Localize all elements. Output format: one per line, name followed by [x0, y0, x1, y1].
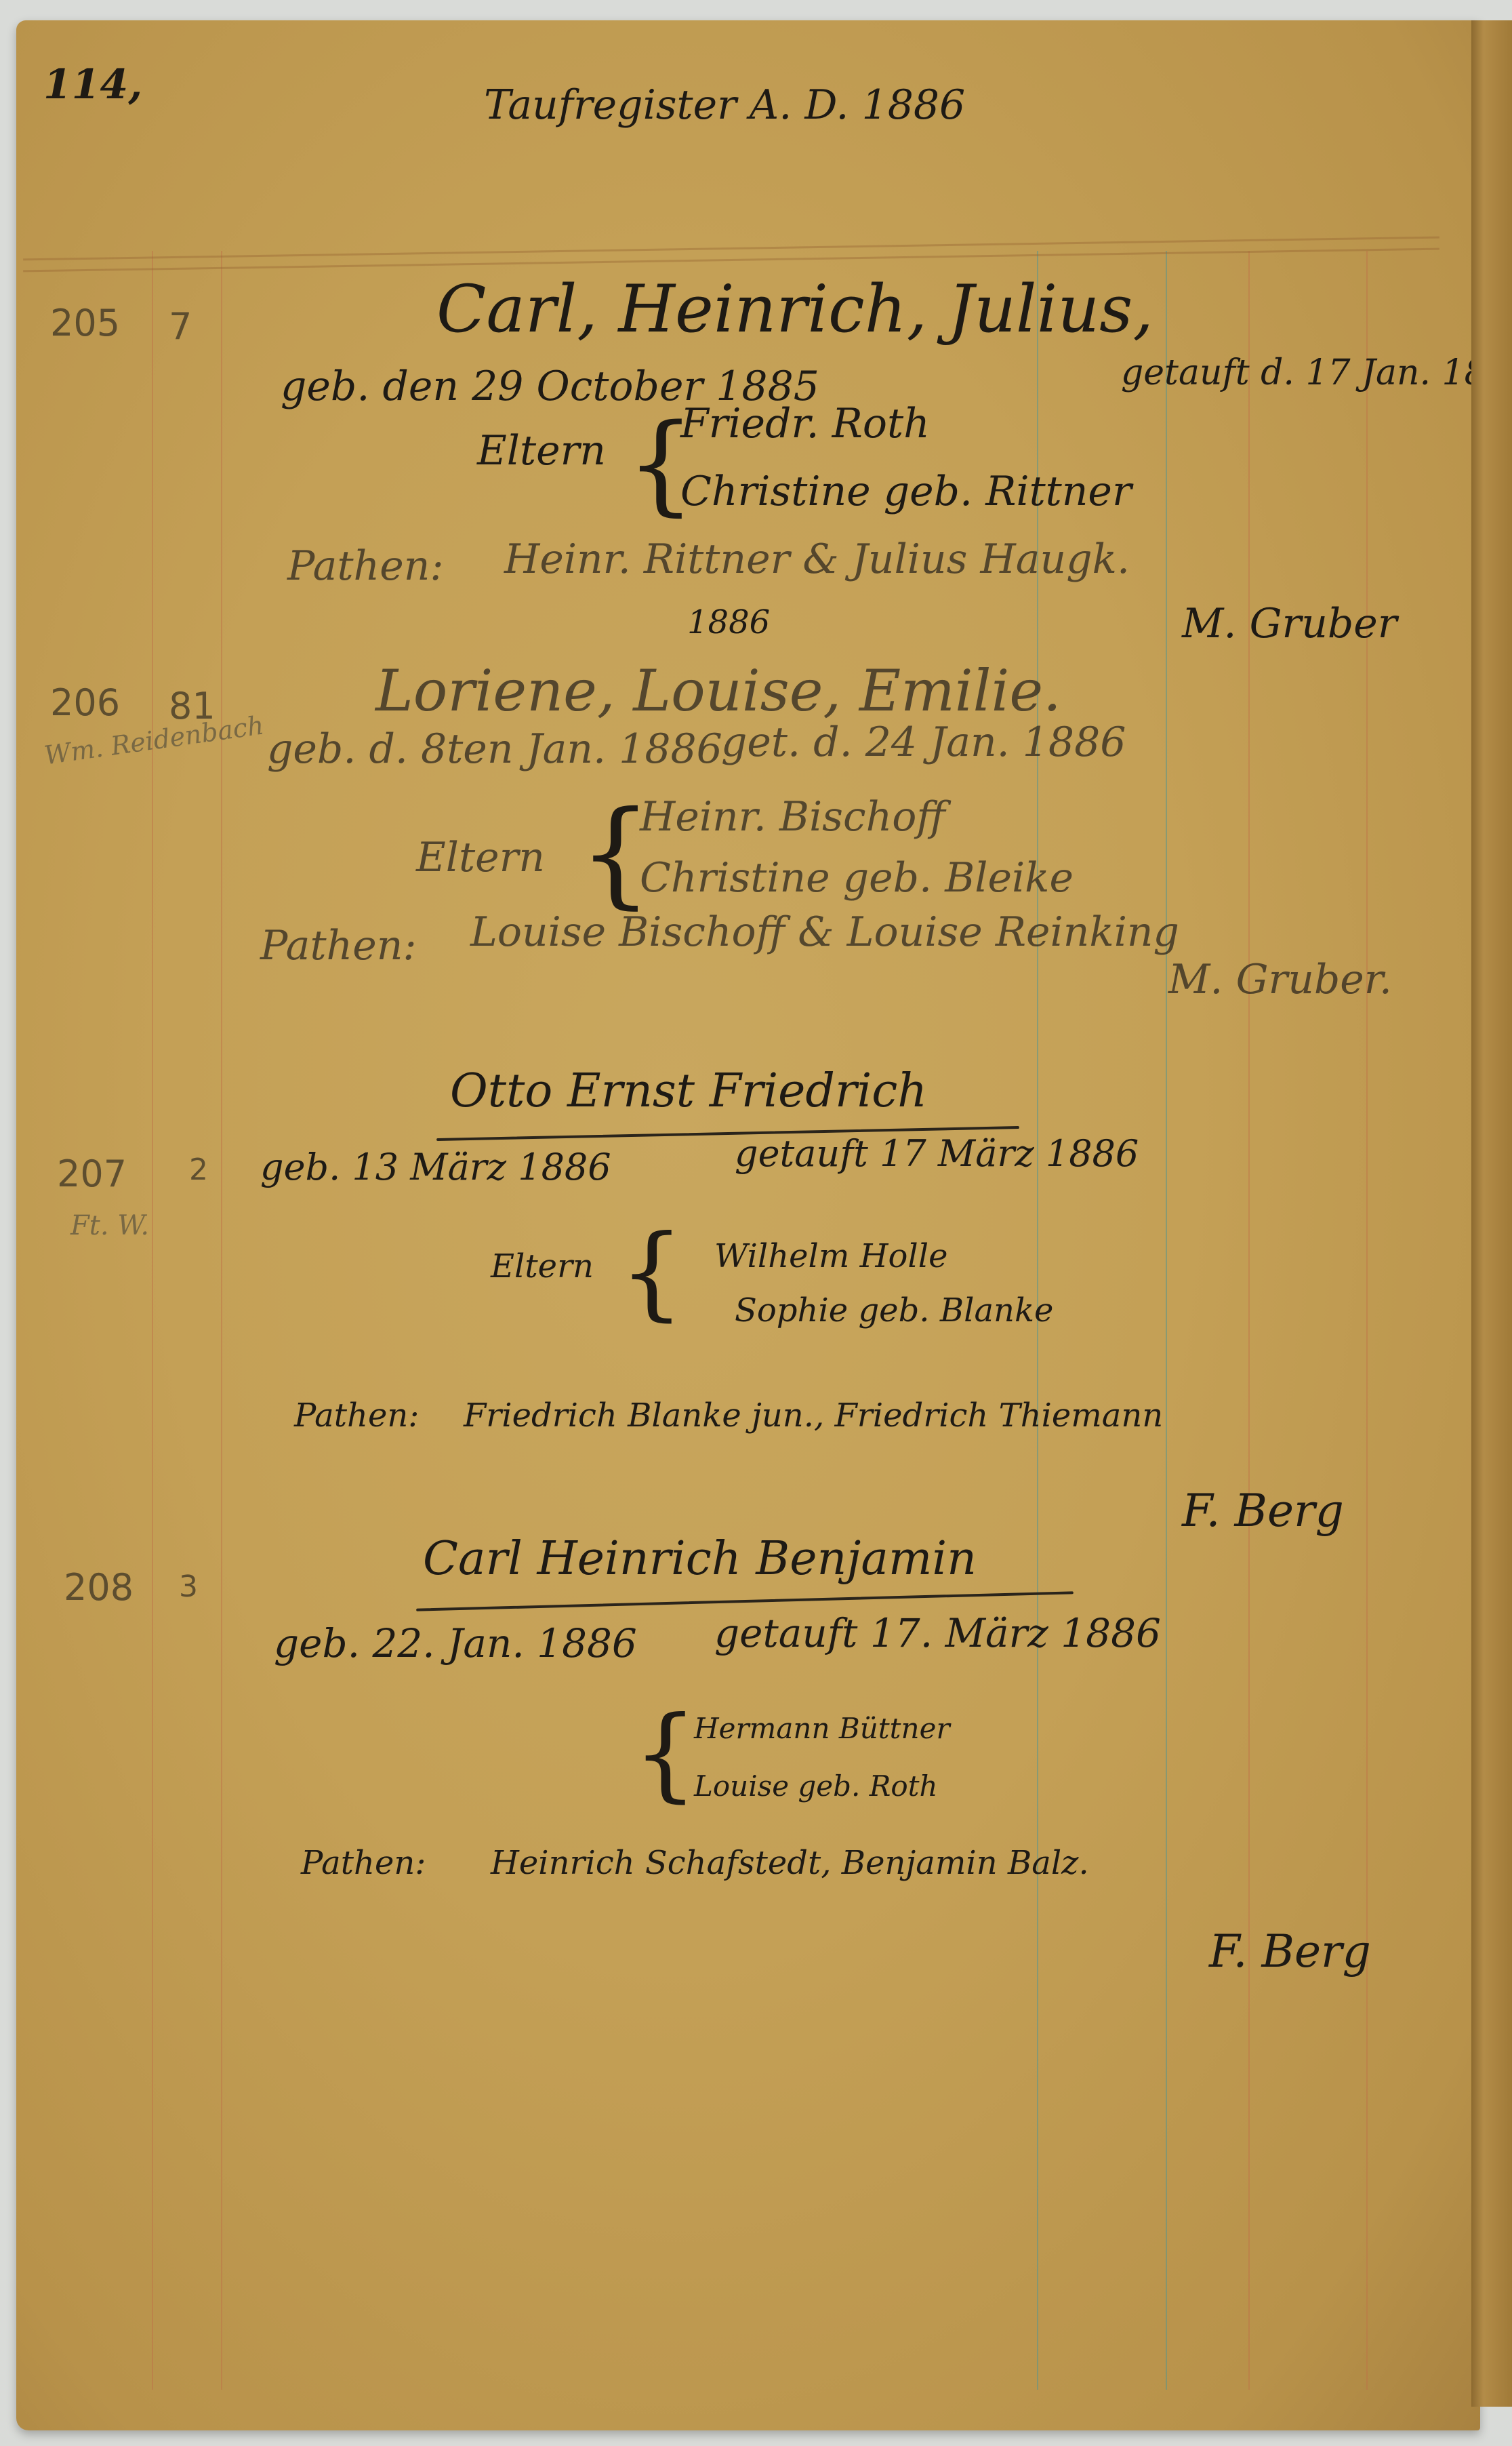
father-name: Wilhelm Holle [714, 1237, 948, 1275]
baptism-date: getauft 17 März 1886 [735, 1132, 1139, 1175]
year-note: 1886 [687, 603, 770, 641]
register-number: 207 [57, 1152, 127, 1195]
brace: { [633, 1695, 697, 1813]
baptism-date: getauft 17. März 1886 [714, 1610, 1161, 1656]
parents-label: Eltern [416, 834, 545, 881]
mother-name: Sophie geb. Blanke [735, 1291, 1053, 1329]
father-name: Heinr. Bischoff [640, 793, 945, 841]
name-underline [416, 1591, 1074, 1611]
mother-name: Christine geb. Rittner [680, 468, 1132, 515]
godparents-label: Pathen: [260, 922, 417, 969]
father-name: Friedr. Roth [680, 400, 930, 447]
column-rule [152, 251, 153, 2390]
brace: { [619, 1214, 684, 1331]
parents-label: Eltern [491, 1247, 594, 1285]
godparents: Heinr. Rittner & Julius Haugk. [504, 536, 1130, 583]
birth-date: geb. 22. Jan. 1886 [274, 1620, 637, 1666]
page-number: 114, [43, 61, 142, 108]
sequence-number: 3 [179, 1569, 198, 1604]
mother-name: Christine geb. Bleike [640, 854, 1074, 902]
godparents-label: Pathen: [287, 542, 444, 590]
page-edge [1471, 20, 1512, 2407]
page-title: Taufregister A. D. 1886 [484, 81, 965, 129]
pastor-signature: F. Berg [1209, 1925, 1371, 1978]
father-name: Hermann Büttner [694, 1712, 950, 1745]
column-rule [1248, 251, 1250, 2390]
baptism-date: get. d. 24 Jan. 1886 [721, 719, 1126, 766]
register-number: 205 [50, 302, 120, 344]
header-rule [23, 248, 1439, 273]
mother-name: Louise geb. Roth [694, 1769, 938, 1803]
child-name: Otto Ernst Friedrich [450, 1064, 927, 1118]
pastor-signature: F. Berg [1182, 1485, 1344, 1537]
register-number: 208 [64, 1566, 134, 1609]
godparents: Friedrich Blanke jun., Friedrich Thieman… [464, 1397, 1163, 1435]
register-number: 206 [50, 681, 120, 724]
parents-label: Eltern [477, 427, 606, 475]
child-name: Carl Heinrich Benjamin [423, 1532, 977, 1586]
godparents: Heinrich Schafstedt, Benjamin Balz. [491, 1844, 1089, 1882]
child-name: Loriene, Louise, Emilie. [375, 658, 1061, 724]
baptism-date: getauft d. 17 Jan. 1886 [1121, 353, 1512, 393]
pastor-signature: M. Gruber. [1168, 956, 1392, 1003]
birth-date: geb. 13 März 1886 [260, 1146, 611, 1188]
column-rule [221, 251, 222, 2390]
column-rule [1166, 251, 1167, 2390]
margin-note: Ft. W. [70, 1210, 149, 1241]
header-rule [23, 237, 1439, 261]
column-rule [1366, 251, 1368, 2390]
godparents: Louise Bischoff & Louise Reinking [470, 908, 1179, 956]
godparents-label: Pathen: [301, 1844, 426, 1882]
register-page: 114, Taufregister A. D. 1886 205 7 Carl,… [16, 20, 1480, 2430]
birth-date: geb. d. 8ten Jan. 1886 [267, 725, 722, 773]
sequence-number: 7 [169, 305, 192, 348]
pastor-signature: M. Gruber [1182, 600, 1397, 647]
child-name: Carl, Heinrich, Julius, [436, 271, 1153, 347]
sequence-number: 2 [189, 1152, 208, 1187]
godparents-label: Pathen: [294, 1397, 419, 1435]
